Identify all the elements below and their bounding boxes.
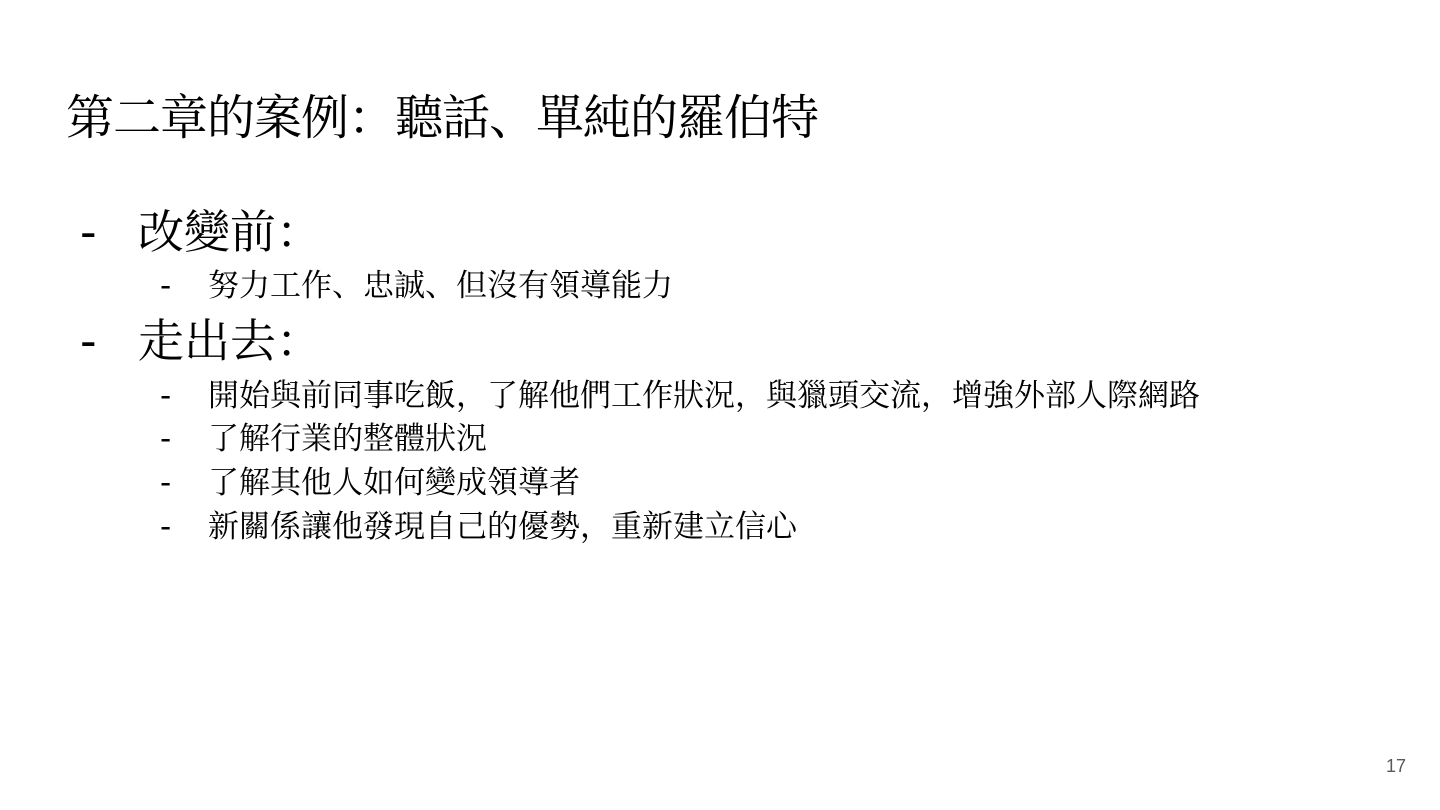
sub-bullet-label: 努力工作、忠誠、但沒有領導能力 [208,264,673,308]
bullet-label: 改變前： [138,202,322,262]
bullet-label: 走出去： [138,311,322,371]
dash-bullet-icon: - [160,417,171,461]
dash-bullet-icon: - [160,264,171,308]
dash-bullet-icon: - [160,374,171,418]
dash-bullet-icon: - [80,202,97,262]
page-number: 17 [1386,756,1406,777]
slide: 第二章的案例：聽話、單純的羅伯特 - 改變前： - 努力工作、忠誠、但沒有領導能… [0,0,1440,810]
dash-bullet-icon: - [160,505,171,549]
sub-bullet-label: 了解其他人如何變成領導者 [208,461,580,505]
slide-title: 第二章的案例：聽話、單純的羅伯特 [66,86,818,150]
sub-bullet-label: 開始與前同事吃飯，了解他們工作狀況，與獵頭交流，增強外部人際網路 [208,374,1200,418]
sub-bullet-label: 新關係讓他發現自己的優勢，重新建立信心 [208,505,797,549]
dash-bullet-icon: - [160,461,171,505]
dash-bullet-icon: - [80,311,97,371]
sub-bullet-label: 了解行業的整體狀況 [208,417,487,461]
